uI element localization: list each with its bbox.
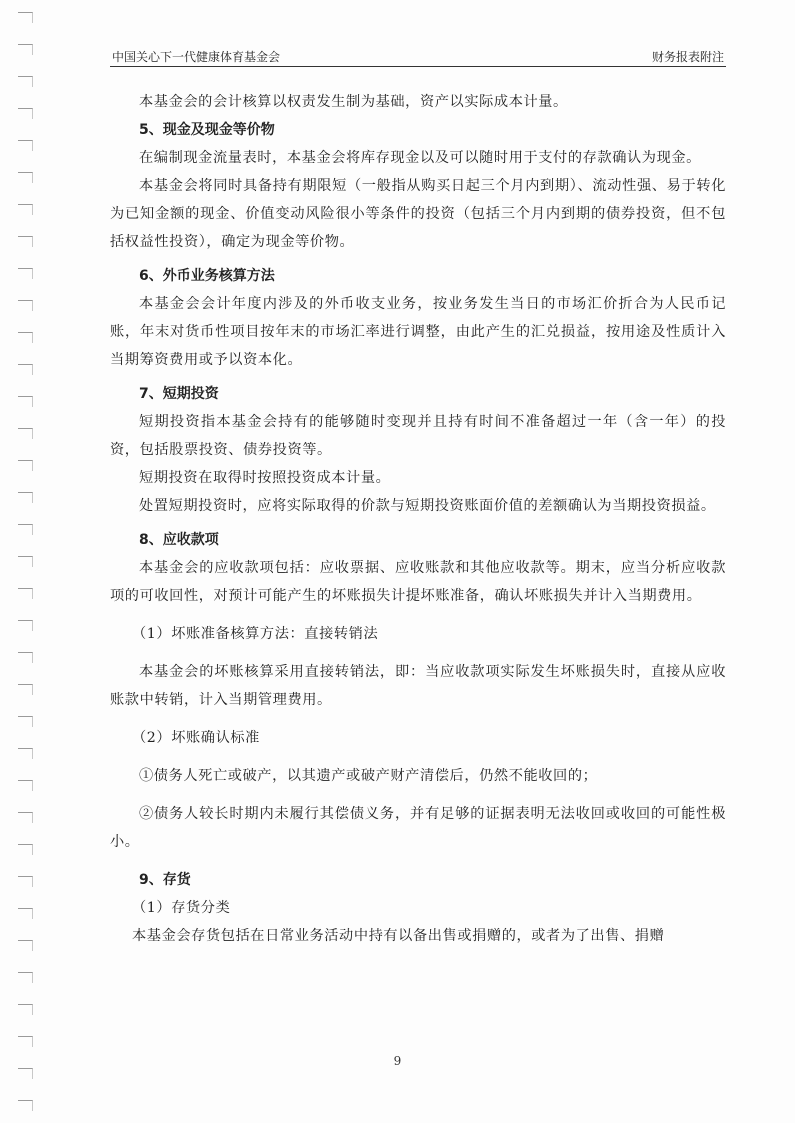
section-9-title: 9、存货 [110, 866, 726, 894]
section-6-title: 6、外币业务核算方法 [110, 262, 726, 290]
section-5-paragraph: 本基金会将同时具备持有期限短（一般指从购买日起三个月内到期）、流动性强、易于转化… [110, 172, 726, 256]
section-7-paragraph: 短期投资指本基金会持有的能够随时变现并且持有时间不准备超过一年（含一年）的投资，… [110, 408, 726, 464]
organization-name: 中国关心下一代健康体育基金会 [112, 48, 280, 65]
section-5-title: 5、现金及现金等价物 [110, 116, 726, 144]
section-8-title: 8、应收款项 [110, 526, 726, 554]
section-8-paragraph: 本基金会的坏账核算采用直接转销法，即：当应收款项实际发生坏账损失时，直接从应收账… [110, 658, 726, 714]
section-5-paragraph: 在编制现金流量表时，本基金会将库存现金以及可以随时用于支付的存款确认为现金。 [110, 144, 726, 172]
list-item: ②债务人较长时期内未履行其偿债义务，并有足够的证据表明无法收回或收回的可能性极小… [110, 800, 726, 856]
section-name: 财务报表附注 [652, 48, 724, 65]
list-item: ①债务人死亡或破产，以其遗产或破产财产清偿后，仍然不能收回的； [110, 762, 726, 790]
binding-marks [18, 0, 34, 1123]
section-8-subheading: （2）坏账确认标准 [110, 724, 726, 752]
section-7-title: 7、短期投资 [110, 380, 726, 408]
section-8-subheading: （1）坏账准备核算方法：直接转销法 [110, 620, 726, 648]
section-9-subheading: （1）存货分类 [110, 894, 726, 922]
document-body: 本基金会的会计核算以权责发生制为基础，资产以实际成本计量。 5、现金及现金等价物… [110, 88, 726, 950]
section-7-paragraph: 处置短期投资时，应将实际取得的价款与短期投资账面价值的差额确认为当期投资损益。 [110, 492, 726, 520]
section-7-paragraph: 短期投资在取得时按照投资成本计量。 [110, 464, 726, 492]
section-8-paragraph: 本基金会的应收款项包括：应收票据、应收账款和其他应收款等。期末，应当分析应收款项… [110, 554, 726, 610]
section-6-paragraph: 本基金会会计年度内涉及的外币收支业务，按业务发生当日的市场汇价折合为人民币记账，… [110, 290, 726, 374]
page-header: 中国关心下一代健康体育基金会 财务报表附注 [110, 44, 726, 67]
section-9-paragraph: 本基金会存货包括在日常业务活动中持有以备出售或捐赠的，或者为了出售、捐赠 [110, 922, 726, 950]
intro-paragraph: 本基金会的会计核算以权责发生制为基础，资产以实际成本计量。 [110, 88, 726, 116]
page-number: 9 [0, 1054, 795, 1068]
